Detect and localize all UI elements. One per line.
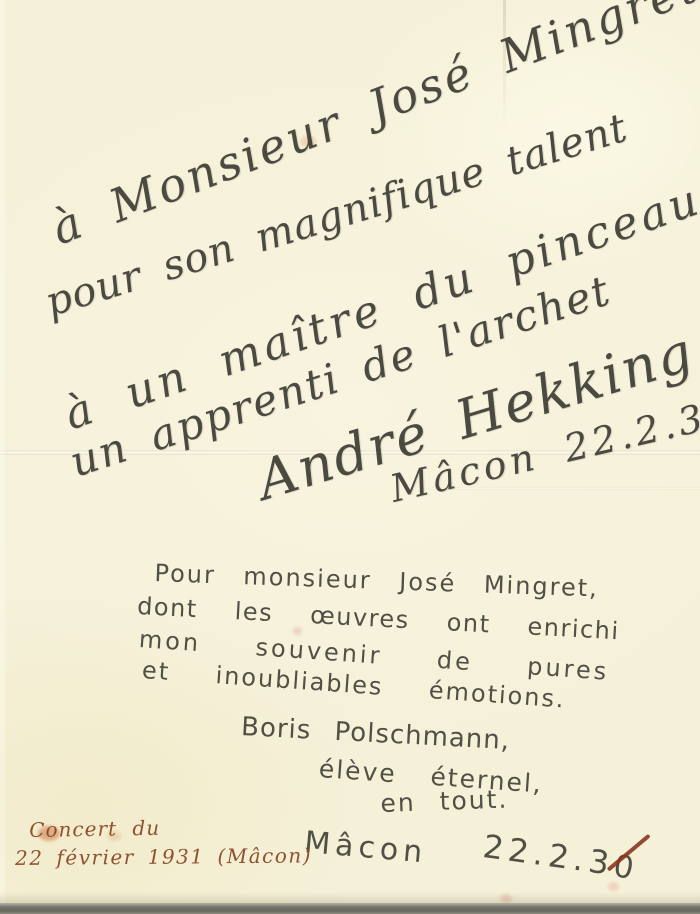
- polschmann-date: 22.2.3: [481, 827, 617, 883]
- paper-bottom-edge: [0, 903, 700, 914]
- annotation-line-1: Concert du: [29, 816, 160, 842]
- polschmann-closing-2: en tout.: [380, 785, 509, 818]
- scanned-letter-paper: à Monsieur José Mingret pour son magnifi…: [0, 0, 700, 914]
- annotation-line-2: 22 février 1931 (Mâcon): [15, 843, 312, 870]
- left-edge-highlight: [0, 0, 5, 914]
- polschmann-signature: Boris Polschmann,: [240, 712, 510, 756]
- bottom-edge-shadow: [0, 892, 700, 903]
- polschmann-place: Mâcon: [303, 825, 429, 871]
